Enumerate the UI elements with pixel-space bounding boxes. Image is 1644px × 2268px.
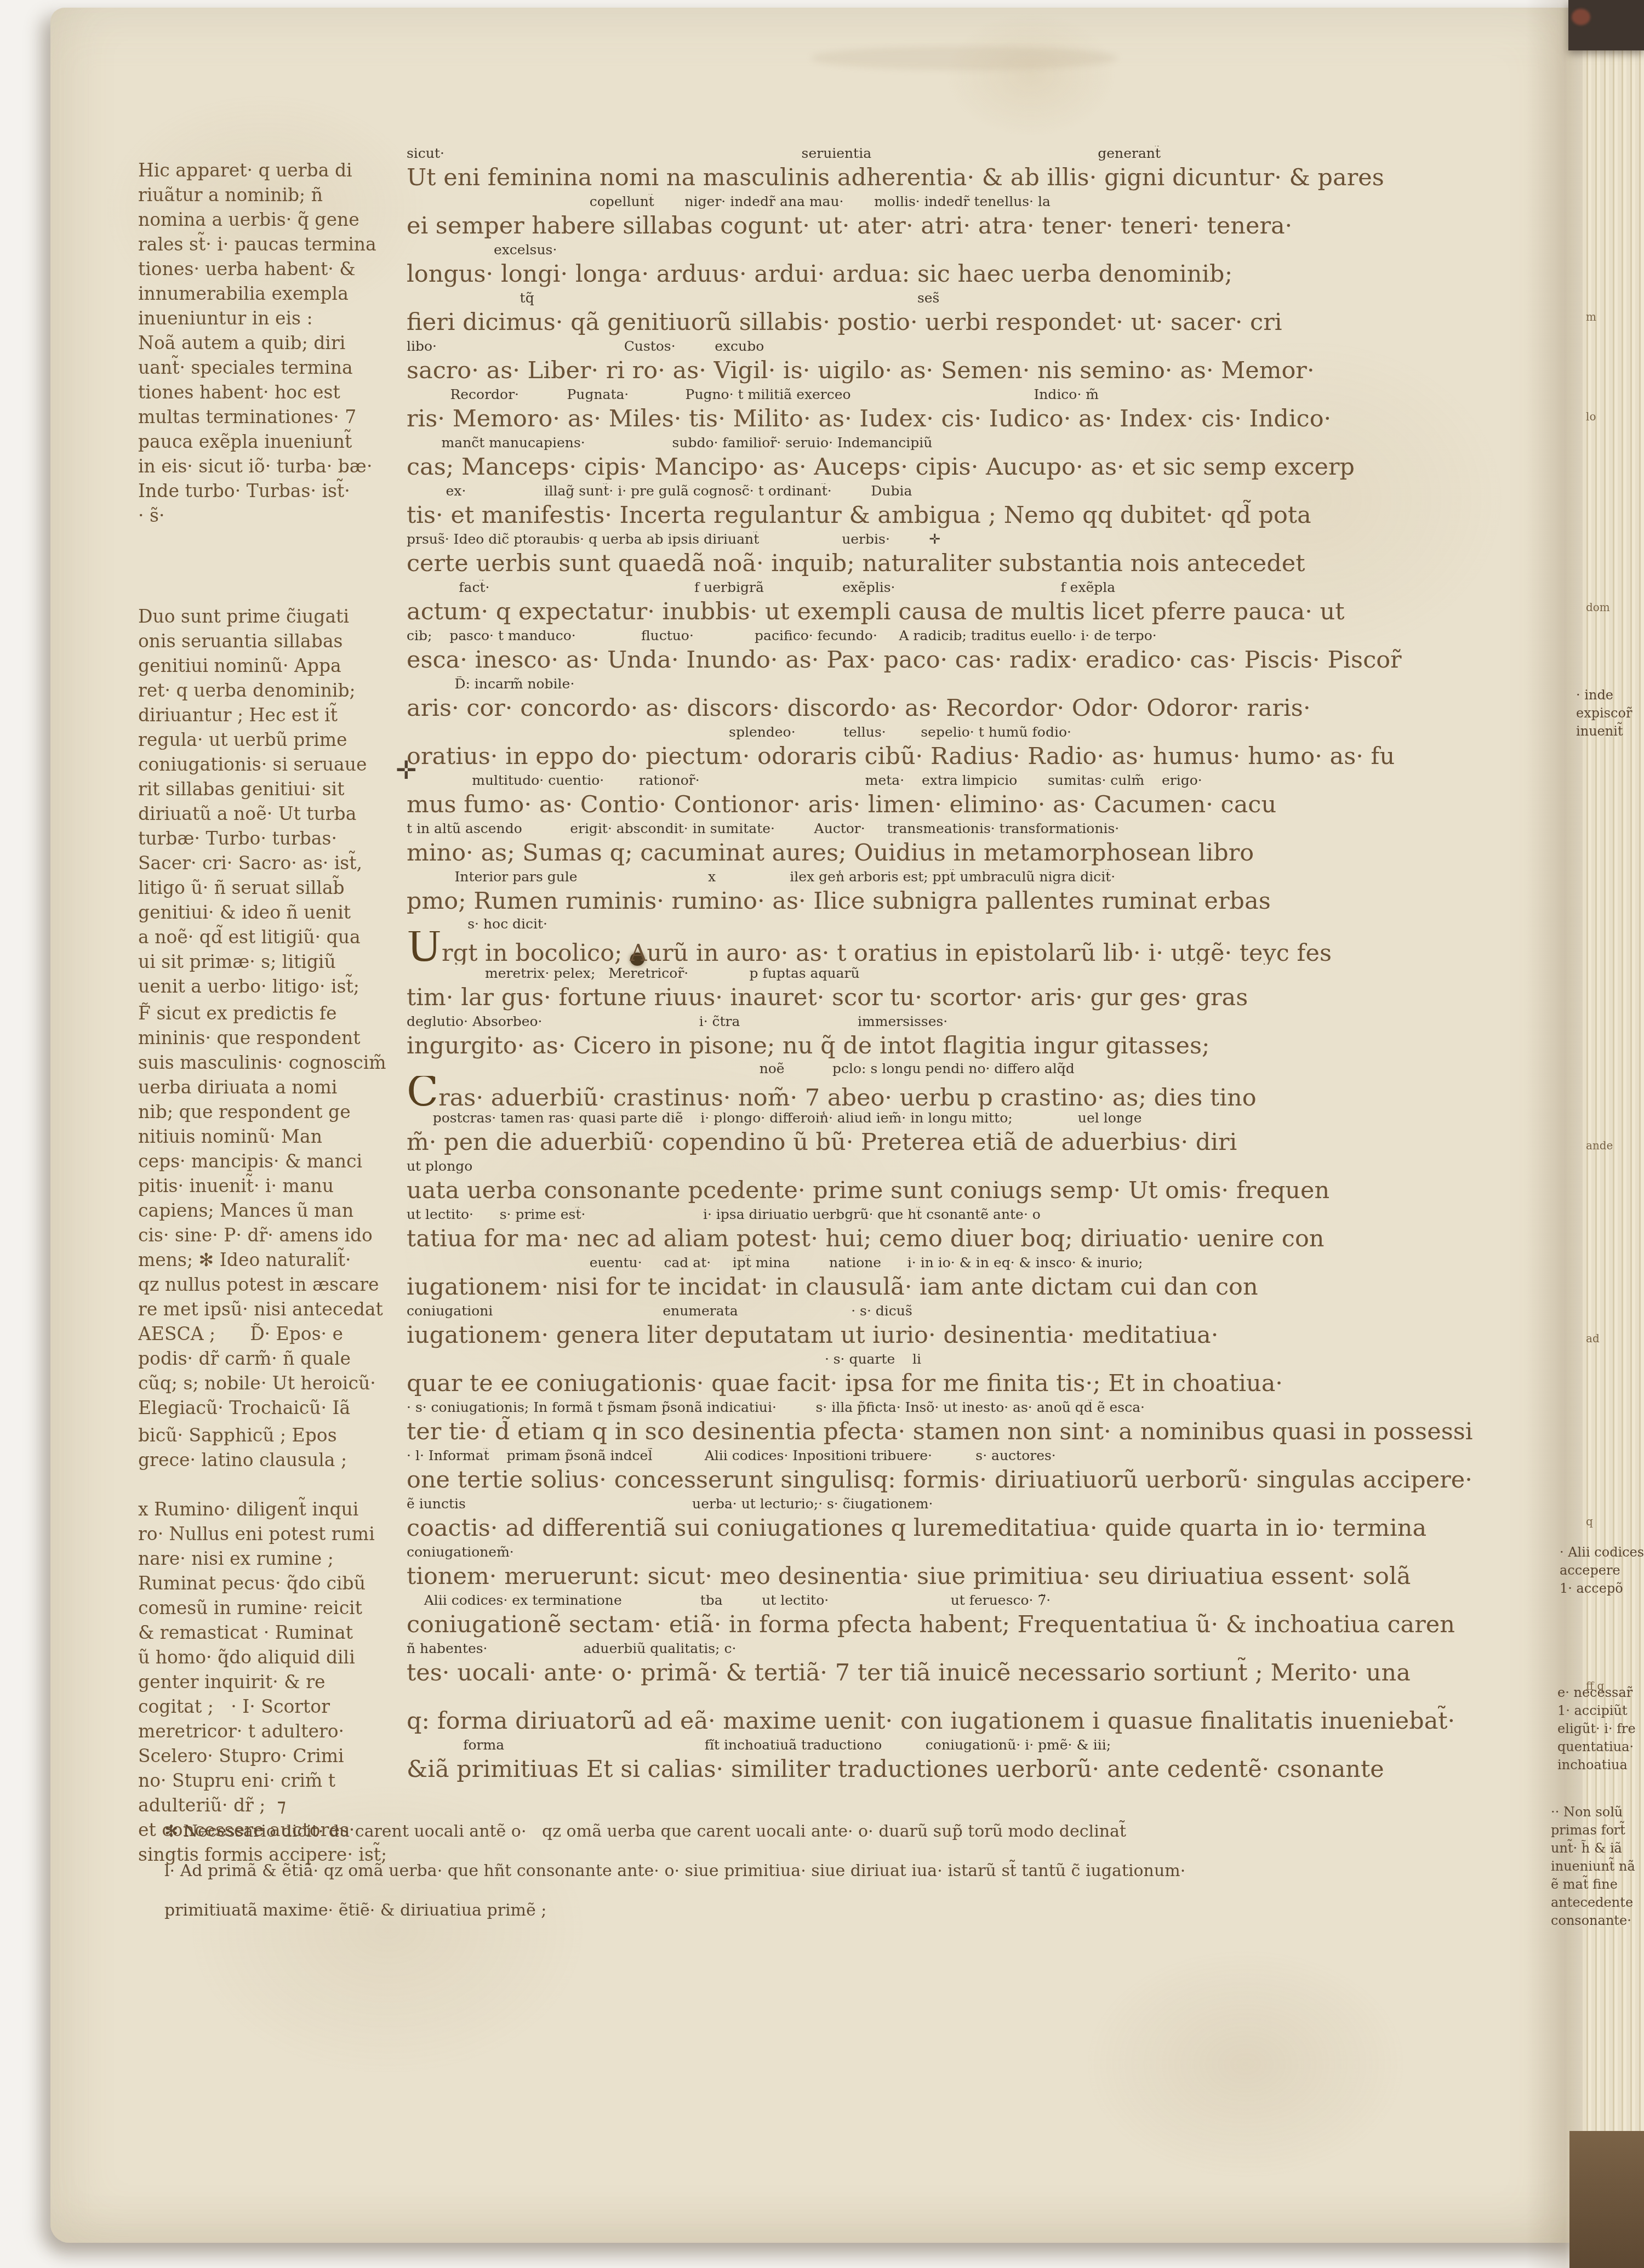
main-line-text: uata uerba consonante pcedente· prime su… [407, 1175, 1585, 1206]
margin-line: diriuantur ; Hec est it̃ [138, 703, 404, 727]
text-line: copellunt̃ niger· indedr̃ ana mau· molli… [407, 193, 1585, 241]
margin-line: multas terminationes· 7 [138, 404, 404, 429]
margin-line: re met ipsũ· nisi antecedat [138, 1297, 404, 1321]
interlinear-gloss: t in altũ ascendo erigit· abscondit· in … [407, 821, 1585, 837]
interlinear-gloss: prsus̃· Ideo dic̃ ptoraubis· q uerba ab … [407, 532, 1585, 548]
interlinear-gloss: · s· coniugationis; In formã t p̃smam p̃… [407, 1400, 1585, 1416]
text-line: · s· quarte li quar te ee coniugationis·… [407, 1350, 1585, 1399]
interlinear-gloss: s· hoc dicit· [407, 916, 1585, 931]
margin-line: · s̃· [138, 503, 404, 528]
text-line: noẽ pclo: s longu pendi no· differo alq̃… [407, 1061, 1585, 1109]
margin-line: grece· latino clausula ; [138, 1448, 404, 1472]
margin-line: regula· ut uerbũ prime [138, 727, 404, 752]
margin-line: Hic apparet· q uerba di [138, 158, 404, 183]
edge-fragment: m [1586, 310, 1596, 323]
interlinear-gloss: libo· Custos· excubo [407, 339, 1585, 355]
note-line: · Alii codices [1560, 1543, 1644, 1562]
interlinear-gloss: copellunt̃ niger· indedr̃ ana mau· molli… [407, 194, 1585, 210]
margin-line: AESCA ; D̃· Epos· e [138, 1321, 404, 1346]
text-line: deglutio· Absorbeo· i· c̃tra immersisses… [407, 1013, 1585, 1061]
main-text-block: sicut· seruientia generant̃ Ut eni femin… [407, 145, 1585, 1785]
text-line: euentu· cad at· ipt̃ mina natione i· in … [407, 1254, 1585, 1302]
edge-fragment: dom [1586, 601, 1610, 614]
margin-line: turbæ· Turbo· turbas· [138, 826, 404, 851]
margin-line: Inde turbo· Turbas· ist̃· [138, 478, 404, 503]
margin-line: rales st̃· i· paucas termina [138, 232, 404, 257]
margin-line: comesũ in rumine· reicit [138, 1595, 404, 1620]
interlinear-gloss: coniugationi enumerata · s· dicus̃ [407, 1303, 1585, 1320]
note-line: primas fort̃ [1551, 1821, 1635, 1839]
note-line: expiscor̃ [1576, 704, 1632, 722]
margin-line: cogitat ; · I· Scortor [138, 1694, 404, 1719]
margin-line: suis masculinis· cognoscim̃ [138, 1050, 404, 1075]
main-line-text: pmo; Rumen ruminis· rumino· as· Ilice su… [407, 886, 1585, 916]
interlinear-gloss: D̃: incarm̃ nobile· [407, 676, 1585, 693]
margin-line: mens; ✻ Ideo naturalit̃· [138, 1247, 404, 1272]
main-line-text: iugationem· nisi for te incidat· in clau… [407, 1272, 1585, 1302]
main-line-text: ris· Memoro· as· Miles· tis· Milito· as·… [407, 403, 1585, 434]
main-line-text: coniugationẽ sectam· etiã· in forma pfec… [407, 1609, 1585, 1640]
main-line-text: q: forma diriuatorũ ad eã· maxime uenit·… [407, 1706, 1585, 1736]
text-line: t in altũ ascendo erigit· abscondit· in … [407, 820, 1585, 868]
margin-line: cis· sine· P· dr̃· amens ido [138, 1223, 404, 1247]
text-line: Interior pars gule x ilex gen̾ arboris e… [407, 868, 1585, 916]
text-line: libo· Custos· excubo sacro· as· Liber· r… [407, 338, 1585, 386]
margin-line: genitiui nominũ· Appa [138, 653, 404, 678]
foot-note-lines: ✻ Necessario dicit· du carent uocali ant… [164, 1812, 1556, 1930]
margin-line: Sacer· cri· Sacro· as· ist̃, [138, 851, 404, 875]
interlinear-gloss: Interior pars gule x ilex gen̾ arboris e… [407, 869, 1585, 886]
margin-line: ui sit primæ· s; litigiũ [138, 949, 404, 974]
margin-line: Elegiacũ· Trochaicũ· Iã [138, 1395, 404, 1420]
interlinear-gloss: tq̃ ses̃ [407, 290, 1585, 307]
text-line: prsus̃· Ideo dic̃ ptoraubis· q uerba ab … [407, 531, 1585, 579]
note-line: antecedente [1551, 1894, 1635, 1912]
margin-line: uenit a uerbo· litigo· ist̃; [138, 974, 404, 999]
main-line-text: coactis· ad differentiã sui coniugatione… [407, 1513, 1585, 1543]
margin-line: tiones· uerba habent· & [138, 257, 404, 281]
margin-line: no· Stupru eni· crim̃ t [138, 1768, 404, 1793]
main-line-text: quar te ee coniugationis· quae facit· ip… [407, 1368, 1585, 1399]
interlinear-gloss: · s· quarte li [407, 1352, 1585, 1368]
interlinear-gloss: ex· illag̃ sunt̃· i· pre gulã cognosc̃· … [407, 483, 1585, 500]
note-line: e· necessar̃ [1557, 1684, 1636, 1702]
main-line-text: tionem· meruerunt: sicut· meo desinentia… [407, 1561, 1585, 1592]
margin-line: bicũ· Sapphicũ ; Epos [138, 1423, 404, 1448]
main-line-text: mus fumo· as· Contio· Contionor· aris· l… [407, 789, 1585, 820]
foot-note-line: ✻ Necessario dicit· du carent uocali ant… [164, 1812, 1556, 1851]
main-line-text: sacro· as· Liber· ri ro· as· Vigil· is· … [407, 355, 1585, 386]
main-line-text: certe uerbis sunt quaedã noã· inquib; na… [407, 548, 1585, 579]
margin-line: Ruminat pecus· q̃do cibũ [138, 1571, 404, 1595]
main-line-text: &iã primitiuas Et si calias· similiter t… [407, 1754, 1585, 1785]
text-line: · l· Informat̃ primam p̃sonã indcel̃ Ali… [407, 1447, 1585, 1495]
right-margin-note-non-solum: ·· Non solũprimas fort̃unt̃· h̃ & iãinue… [1551, 1803, 1635, 1930]
text-line: sicut· seruientia generant̃ Ut eni femin… [407, 145, 1585, 193]
text-line: fact̃· f uerbigrã exẽplis· f exẽpla actu… [407, 579, 1585, 627]
main-line-text: tes· uocali· ante· o· primã· & tertiã· 7… [407, 1657, 1585, 1688]
text-line: tq̃ ses̃ fieri dicimus· qã genitiuorũ si… [407, 289, 1585, 338]
interlinear-gloss: sicut· seruientia generant̃ [407, 146, 1585, 162]
edge-fragment: lo [1586, 410, 1596, 423]
note-line: inueniunt̃ nã [1551, 1857, 1635, 1876]
note-line: 1· accipiũt [1557, 1702, 1636, 1720]
main-line-text: fieri dicimus· qã genitiuorũ sillabis· p… [407, 307, 1585, 338]
margin-line: qz nullus potest in æscare [138, 1272, 404, 1297]
edge-fragment: q [1586, 1515, 1593, 1528]
text-line: Alii codices· ex terminatione tba ut lec… [407, 1592, 1585, 1640]
text-line: coniugationem̃· tionem· meruerunt: sicut… [407, 1543, 1585, 1592]
margin-line: uant̃· speciales termina [138, 355, 404, 380]
interlinear-gloss: ut lectito· s· prime est̃· i· ipsa diriu… [407, 1207, 1585, 1223]
interlinear-gloss: deglutio· Absorbeo· i· c̃tra immersisses… [407, 1014, 1585, 1030]
text-line: coniugationi enumerata · s· dicus̃ iugat… [407, 1302, 1585, 1350]
margin-line: onis seruantia sillabas [138, 629, 404, 653]
interlinear-gloss: multitudo· cuentio· rationor̃· meta· ext… [407, 773, 1585, 789]
right-margin-note-necessario: e· necessar̃1· accipiũteligũt· i· freque… [1557, 1684, 1636, 1774]
text-line: postcras· tamen ras· quasi parte diẽ i· … [407, 1109, 1585, 1158]
note-line: ·· Non solũ [1551, 1803, 1635, 1821]
main-line-text: actum· q expectatur· inubbis· ut exempli… [407, 596, 1585, 627]
text-line: ex· illag̃ sunt̃· i· pre gulã cognosc̃· … [407, 482, 1585, 531]
margin-line: Noã autem a quib; diri [138, 330, 404, 355]
interlinear-gloss: meretrix· pelex; Meretricor̃· p fuptas a… [407, 966, 1585, 982]
margin-line: rit sillabas genitiui· sit [138, 777, 404, 801]
interlinear-gloss: Alii codices· ex terminatione tba ut lec… [407, 1593, 1585, 1609]
main-line-text: ter tie· d̃ etiam q in sco desinentia pf… [407, 1416, 1585, 1447]
text-line: ut lectito· s· prime est̃· i· ipsa diriu… [407, 1206, 1585, 1254]
margin-line: F̃ sicut ex predictis fe [138, 1001, 404, 1025]
main-line-text: Urgt in bocolico; Aurũ in auro· as· t or… [407, 931, 1585, 965]
note-line: consonante· [1551, 1912, 1635, 1930]
text-line: meretrix· pelex; Meretricor̃· p fuptas a… [407, 965, 1585, 1013]
main-line-text: ingurgito· as· Cicero in pisone; nu q̃ d… [407, 1030, 1585, 1061]
main-line-text: m̃· pen die aduerbiũ· copendino ũ bũ· Pr… [407, 1127, 1585, 1158]
edge-fragment: ande [1586, 1139, 1613, 1152]
interlinear-gloss: · l· Informat̃ primam p̃sonã indcel̃ Ali… [407, 1448, 1585, 1464]
left-margin-commentary-block-1: Hic apparet· q uerba diriuãtur a nominib… [138, 158, 404, 528]
main-line-text: tim· lar gus· fortune riuus· inauret· sc… [407, 982, 1585, 1013]
foot-note-line: l· Ad primã & ẽtiã· qz omã uerba· que hñ… [164, 1851, 1556, 1891]
margin-line: nare· nisi ex rumine ; [138, 1546, 404, 1571]
margin-line: Duo sunt prime c̃iugati [138, 604, 404, 629]
interlinear-gloss: cib; pasco· t manduco· fluctuo· pacifico… [407, 628, 1585, 645]
text-line: ut plongo uata uerba consonante pcedente… [407, 1158, 1585, 1206]
interlinear-gloss: euentu· cad at· ipt̃ mina natione i· in … [407, 1255, 1585, 1272]
main-line-text: tatiua for ma· nec ad aliam potest· hui;… [407, 1223, 1585, 1254]
interlinear-gloss: Recordor· Pugnata· Pugno· t militiã exer… [407, 387, 1585, 403]
main-line-text: mino· as; Sumas q; cacuminat aures; Ouid… [407, 837, 1585, 868]
main-line-text: oratius· in eppo do· piectum· odoraris c… [407, 741, 1585, 772]
note-line: 1· accepõ [1560, 1580, 1644, 1598]
text-line: · s· coniugationis; In formã t p̃smam p̃… [407, 1399, 1585, 1447]
margin-line: Scelero· Stupro· Crimi [138, 1743, 404, 1768]
margin-line [138, 1472, 404, 1497]
margin-line: capiens; Mances ũ man [138, 1198, 404, 1223]
interlinear-gloss: splendeo· tellus· sepelio· t humũ fodio· [407, 725, 1585, 741]
edge-fragment: ad [1586, 1332, 1600, 1345]
margin-line: coniugationis· si seruaue [138, 752, 404, 777]
interlinear-gloss: coniugationem̃· [407, 1545, 1585, 1561]
text-line: ñ habentes· aduerbiũ qualitatis; c· tes·… [407, 1640, 1585, 1688]
left-margin-commentary-block-4: bicũ· Sapphicũ ; Eposgrece· latino claus… [138, 1423, 404, 1867]
note-line: · inde [1576, 686, 1632, 704]
interlinear-gloss: ẽ iunctis uerba· ut lecturio;· s· c̃iuga… [407, 1496, 1585, 1513]
margin-line: in eis· sicut iõ· turba· bæ· [138, 454, 404, 478]
interlinear-gloss: manc̃t manucapiens· subdo· familior̃· se… [407, 435, 1585, 452]
binding-corner-bottom [1569, 2131, 1644, 2268]
interlinear-gloss: ñ habentes· aduerbiũ qualitatis; c· [407, 1641, 1585, 1657]
margin-line: nitiuis nominũ· Man [138, 1124, 404, 1149]
margin-line: nomina a uerbis· q̃ gene [138, 207, 404, 232]
main-line-text: iugationem· genera liter deputatam ut iu… [407, 1320, 1585, 1350]
text-line: q: forma diriuatorũ ad eã· maxime uenit·… [407, 1688, 1585, 1736]
text-line: splendeo· tellus· sepelio· t humũ fodio·… [407, 723, 1585, 772]
main-line-text: one tertie solius· concesserunt singulis… [407, 1464, 1585, 1495]
red-stain [1572, 9, 1590, 25]
margin-line: diriuatũ a noẽ· Ut turba [138, 801, 404, 826]
note-line: accepere [1560, 1562, 1644, 1580]
text-line: multitudo· cuentio· rationor̃· meta· ext… [407, 772, 1585, 820]
main-line-text: ei semper habere sillabas cogunt· ut· at… [407, 210, 1585, 241]
text-line: ẽ iunctis uerba· ut lecturio;· s· c̃iuga… [407, 1495, 1585, 1543]
margin-line: ceps· mancipis· & manci [138, 1149, 404, 1173]
main-line-text: Ut eni feminina nomi na masculinis adher… [407, 162, 1585, 193]
note-line: ẽ mat̃ fine [1551, 1876, 1635, 1894]
interlinear-gloss: ut plongo [407, 1159, 1585, 1175]
margin-line: uerba diriuata a nomi [138, 1075, 404, 1099]
margin-line: nib; que respondent ge [138, 1099, 404, 1124]
text-line: Recordor· Pugnata· Pugno· t militiã exer… [407, 386, 1585, 434]
margin-line: pauca exẽpla inueniunt̃ [138, 429, 404, 454]
margin-line: inueniuntur in eis : [138, 306, 404, 330]
margin-line: litigo ũ· ñ seruat sillab̃ [138, 875, 404, 900]
manuscript-scan: mlodomandeadqff qillaq ✛ Hic apparet· q … [0, 0, 1644, 2268]
margin-line: a noẽ· qd̃ est litigiũ· qua [138, 925, 404, 949]
margin-line: tiones habent· hoc est [138, 380, 404, 404]
margin-line: ret· q uerba denominib; [138, 678, 404, 703]
text-line: s· hoc dicit· Urgt in bocolico; Aurũ in … [407, 916, 1585, 965]
text-line: D̃: incarm̃ nobile· aris· cor· concordo·… [407, 675, 1585, 723]
main-line-text: esca· inesco· as· Unda· Inundo· as· Pax·… [407, 645, 1585, 675]
main-line-text: Cras· aduerbiũ· crastinus· nom̃· 7 abeo·… [407, 1076, 1585, 1109]
interlinear-gloss: postcras· tamen ras· quasi parte diẽ i· … [407, 1110, 1585, 1127]
right-margin-note-alii-codices: · Alii codicesaccepere1· accepõ [1560, 1543, 1644, 1598]
main-line-text: aris· cor· concordo· as· discors· discor… [407, 693, 1585, 723]
binding-corner-top [1568, 0, 1644, 50]
text-line: cib; pasco· t manduco· fluctuo· pacifico… [407, 627, 1585, 675]
left-margin-commentary-block-3: F̃ sicut ex predictis femininis· que res… [138, 1001, 404, 1420]
margin-line: innumerabilia exempla [138, 281, 404, 306]
margin-line: cũq; s; nobile· Ut heroicũ· [138, 1371, 404, 1395]
margin-line: ũ homo· q̃do aliquid dili [138, 1645, 404, 1669]
note-line: unt̃· h̃ & iã [1551, 1839, 1635, 1857]
note-line: inchoatiua [1557, 1756, 1636, 1774]
margin-line: genter inquirit· & re [138, 1669, 404, 1694]
right-margin-note-expiscor: · indeexpiscor̃inuenit̃ [1576, 686, 1632, 740]
interlinear-gloss [407, 1689, 1585, 1706]
interlinear-gloss: excelsus· [407, 242, 1585, 259]
margin-line: ro· Nullus eni potest rumi [138, 1522, 404, 1546]
interlinear-gloss: forma fĩt inchoatiuã traductiono coniuga… [407, 1737, 1585, 1754]
left-margin-commentary-block-2: Duo sunt prime c̃iugationis seruantia si… [138, 604, 404, 999]
margin-line: x Rumino· diligent̃ inqui [138, 1497, 404, 1522]
foot-note-line: primitiuatã maxime· ẽtiẽ· & diriuatiua p… [164, 1891, 1556, 1930]
main-line-text: cas; Manceps· cipis· Mancipo· as· Auceps… [407, 452, 1585, 482]
margin-line: genitiui· & ideo ñ uenit [138, 900, 404, 925]
margin-line: pitis· inuenit̃· i· manu [138, 1173, 404, 1198]
interlinear-gloss: fact̃· f uerbigrã exẽplis· f exẽpla [407, 580, 1585, 596]
note-line: eligũt· i· fre [1557, 1720, 1636, 1738]
margin-line: riuãtur a nominib; ñ [138, 183, 404, 207]
margin-line: meretricor· t adultero· [138, 1719, 404, 1743]
margin-line: podis· dr̃ carm̃· ñ quale [138, 1346, 404, 1371]
note-line: inuenit̃ [1576, 722, 1632, 740]
interlinear-gloss: noẽ pclo: s longu pendi no· differo alq̃… [407, 1061, 1585, 1076]
margin-line: mininis· que respondent [138, 1025, 404, 1050]
faded-smudge [811, 46, 1118, 70]
text-line: forma fĩt inchoatiuã traductiono coniuga… [407, 1736, 1585, 1785]
main-line-text: tis· et manifestis· Incerta regulantur &… [407, 500, 1585, 531]
text-line: excelsus· longus· longi· longa· arduus· … [407, 241, 1585, 289]
margin-line: & remasticat · Ruminat [138, 1620, 404, 1645]
note-line: quentatiua· [1557, 1738, 1636, 1756]
text-line: manc̃t manucapiens· subdo· familior̃· se… [407, 434, 1585, 482]
main-line-text: longus· longi· longa· arduus· ardui· ard… [407, 259, 1585, 289]
